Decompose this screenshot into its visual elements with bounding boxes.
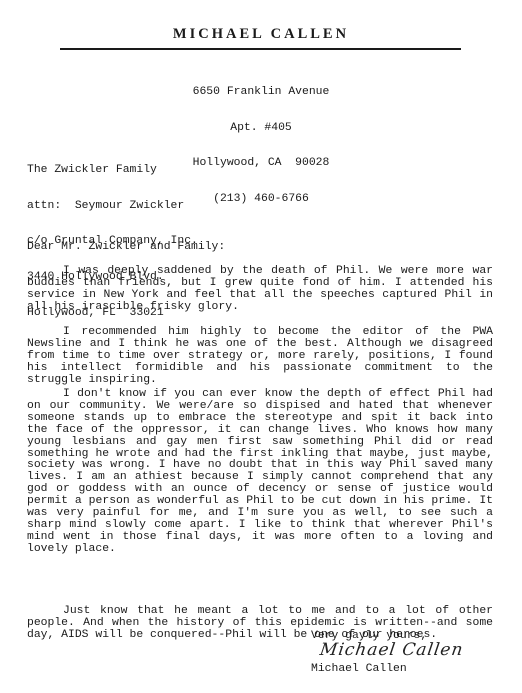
recipient-line: attn: Seymour Zwickler [27,201,198,213]
paragraph-2: I recommended him highly to become the e… [27,327,493,387]
address-line: 6650 Franklin Avenue [0,87,522,99]
salutation: Dear Mr. Zwickler and Family: [27,242,225,254]
paragraph-text: I recommended him highly to become the e… [27,327,493,387]
letterhead-name: MICHAEL CALLEN [0,26,522,43]
letterhead-rule [60,48,461,50]
paragraph-text: I was deeply saddened by the death of Ph… [27,266,493,314]
paragraph-3: I don't know if you can ever know the de… [27,389,493,556]
paragraph-1: I was deeply saddened by the death of Ph… [27,266,493,314]
paragraph-text: I don't know if you can ever know the de… [27,389,493,556]
letter-page: MICHAEL CALLEN 6650 Franklin Avenue Apt.… [0,0,522,693]
signed-name: Michael Callen [311,664,407,676]
handwritten-signature: Michael Callen [319,640,465,660]
recipient-line: The Zwickler Family [27,165,198,177]
address-line: Apt. #405 [0,123,522,135]
